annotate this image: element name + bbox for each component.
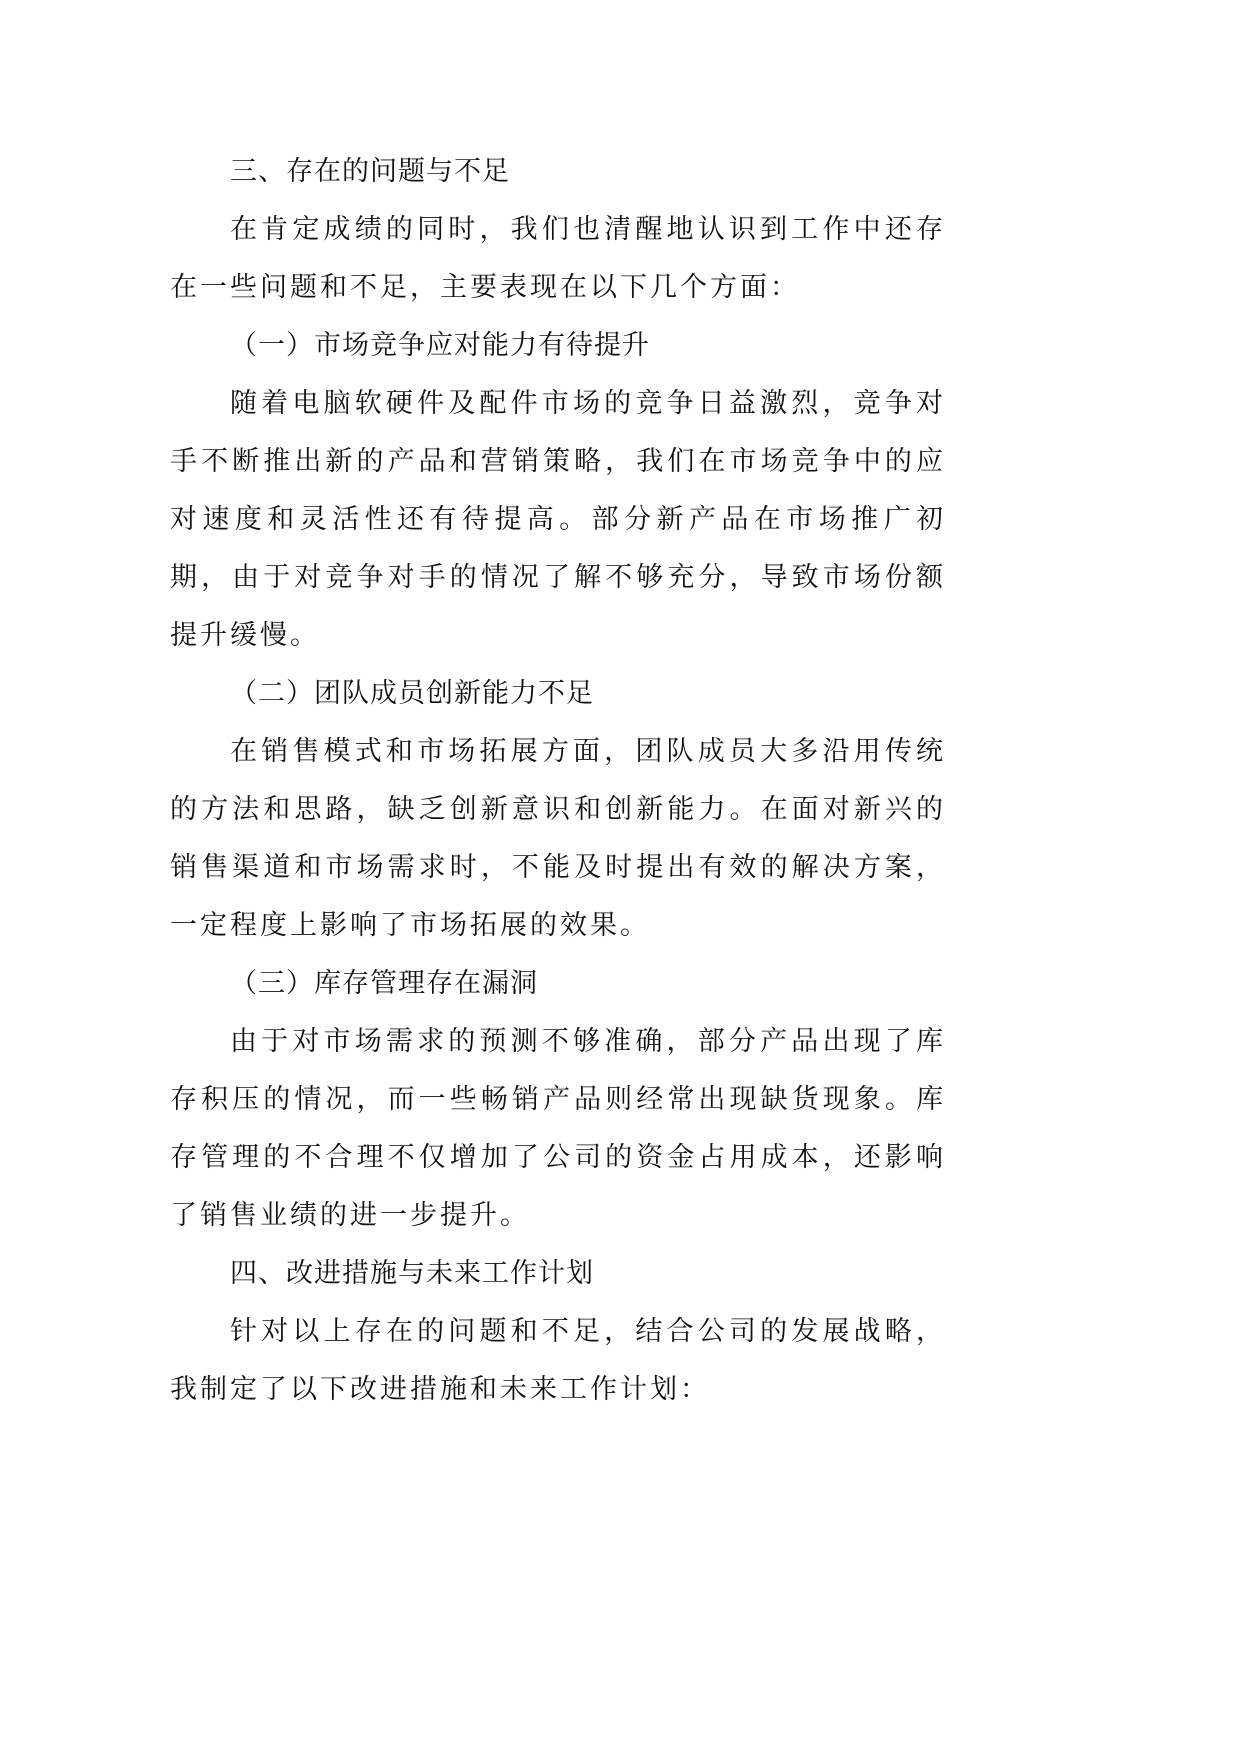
subsection-heading-inventory: （三）库存管理存在漏洞 [170,955,946,1013]
section-heading-problems: 三、存在的问题与不足 [170,143,946,201]
subsection-heading-market-competition: （一）市场竞争应对能力有待提升 [170,317,946,375]
subsection-body-market-competition: 随着电脑软硬件及配件市场的竞争日益激烈，竞争对手不断推出新的产品和营销策略，我们… [170,375,946,665]
section-intro-problems: 在肯定成绩的同时，我们也清醒地认识到工作中还存在一些问题和不足，主要表现在以下几… [170,201,946,317]
subsection-body-team-innovation: 在销售模式和市场拓展方面，团队成员大多沿用传统的方法和思路，缺乏创新意识和创新能… [170,723,946,955]
subsection-body-inventory: 由于对市场需求的预测不够准确，部分产品出现了库存积压的情况，而一些畅销产品则经常… [170,1013,946,1245]
subsection-heading-team-innovation: （二）团队成员创新能力不足 [170,665,946,723]
document-page: 三、存在的问题与不足 在肯定成绩的同时，我们也清醒地认识到工作中还存在一些问题和… [0,0,1240,1753]
section-intro-improvements: 针对以上存在的问题和不足，结合公司的发展战略，我制定了以下改进措施和未来工作计划… [170,1303,946,1419]
section-heading-improvements: 四、改进措施与未来工作计划 [170,1245,946,1303]
document-body: 三、存在的问题与不足 在肯定成绩的同时，我们也清醒地认识到工作中还存在一些问题和… [170,143,946,1419]
